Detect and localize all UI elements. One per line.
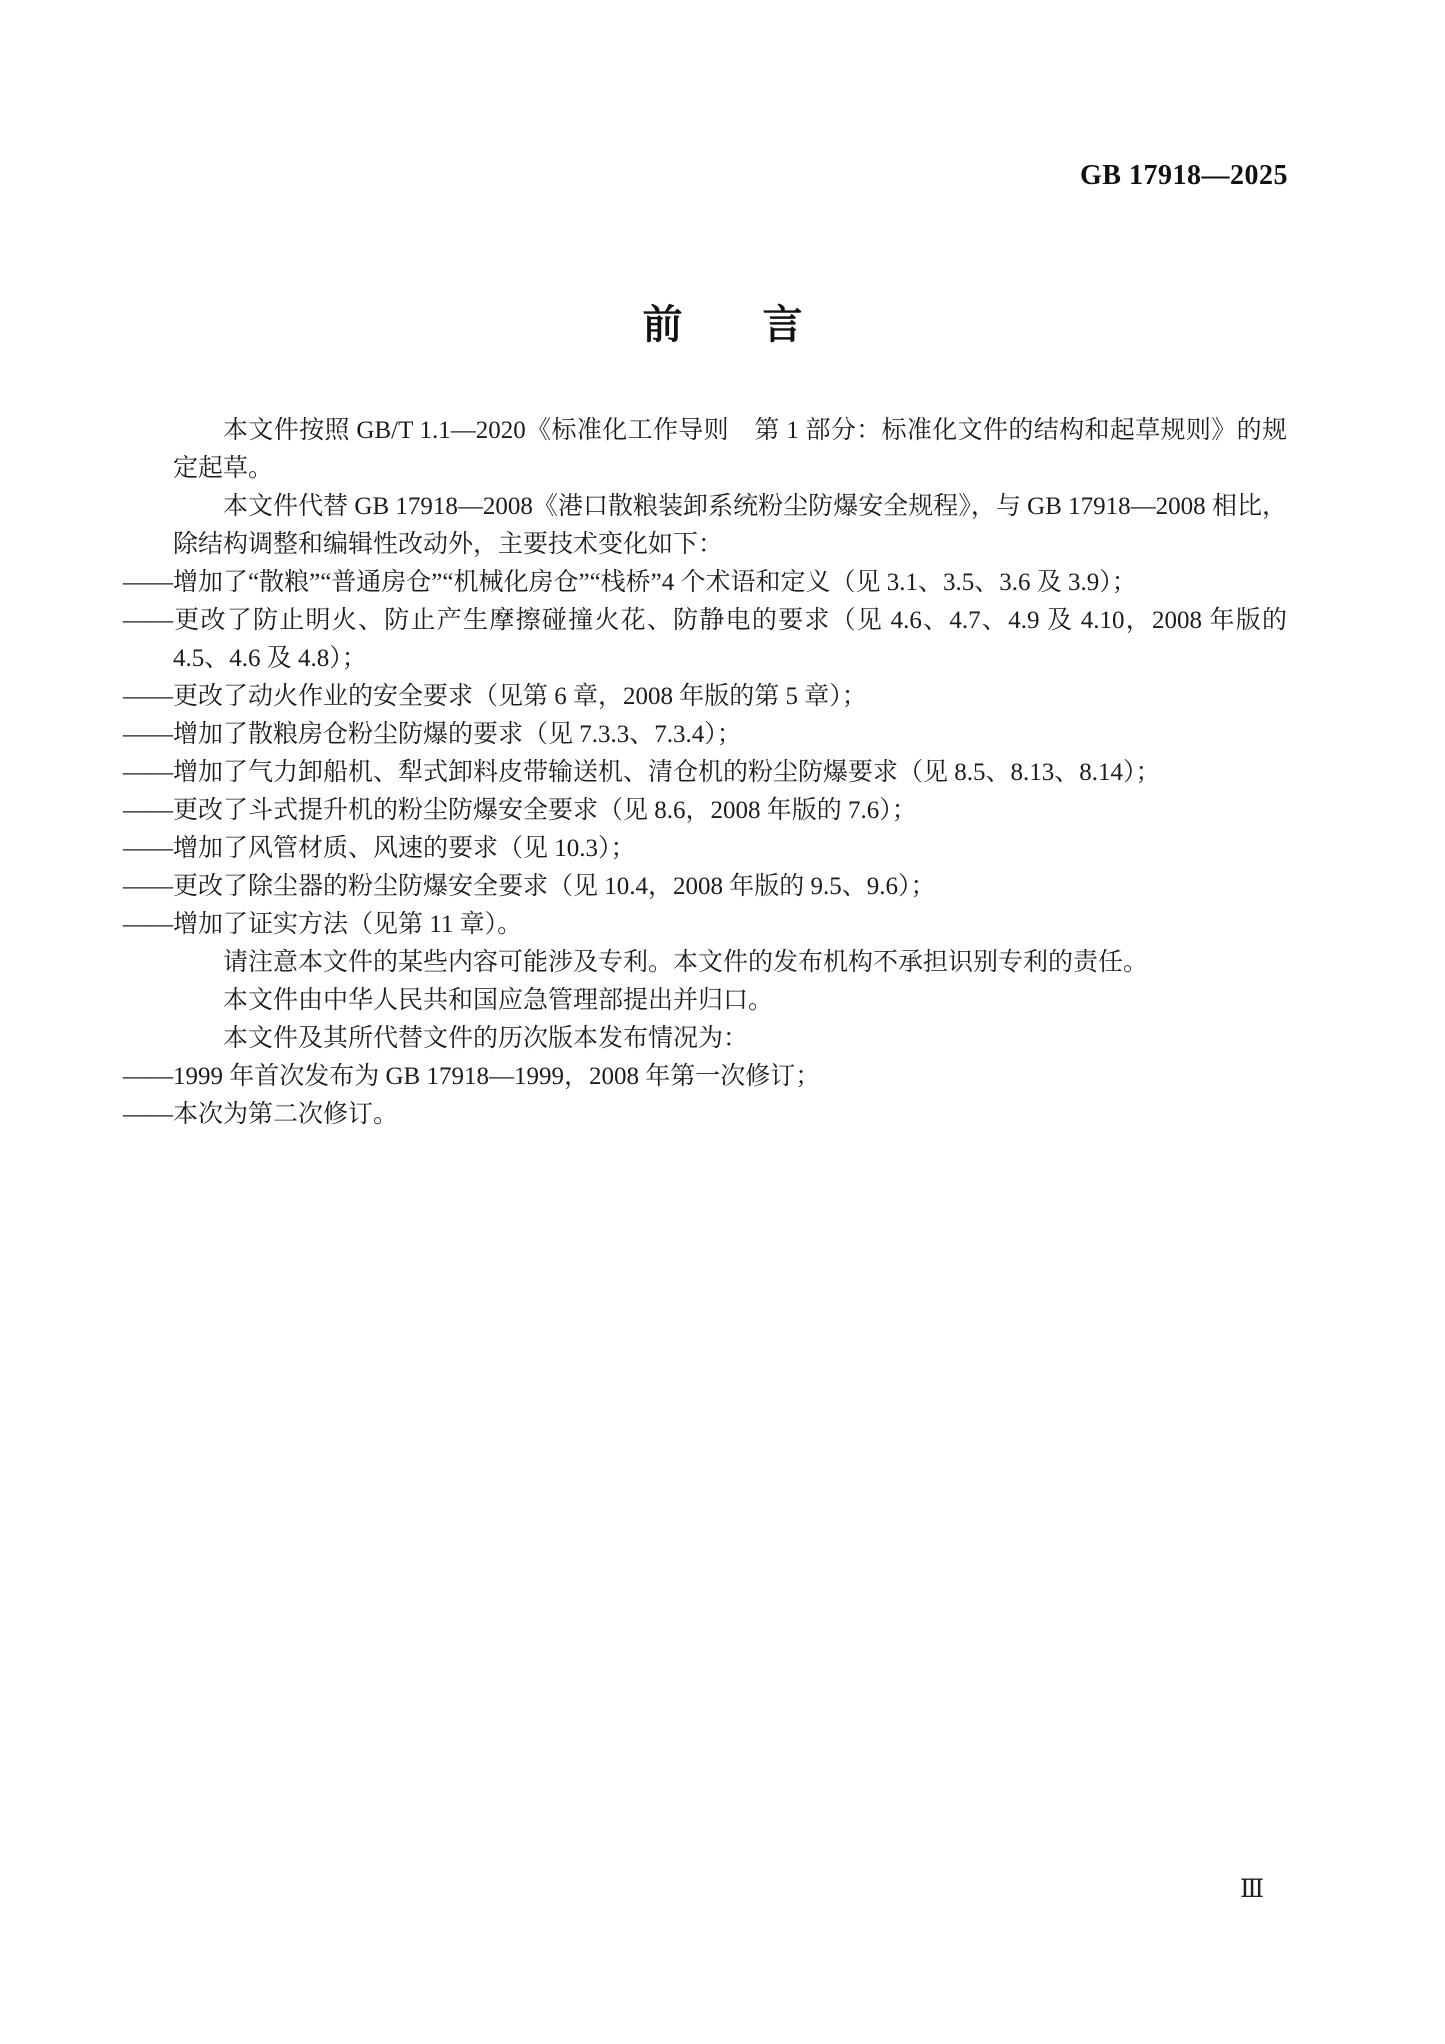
revision-list-item: ——增加了散粮房仓粉尘防爆的要求（见 7.3.3、7.3.4）；: [173, 716, 1287, 754]
page-number: Ⅲ: [1240, 1874, 1264, 1904]
standard-code: GB 17918—2025: [1080, 160, 1288, 192]
paragraph: 本文件由中华人民共和国应急管理部提出并归口。: [173, 982, 1287, 1020]
revision-list-item: ——本次为第二次修订。: [173, 1096, 1287, 1134]
paragraph: 本文件及其所代替文件的历次版本发布情况为：: [173, 1020, 1287, 1058]
document-body: 本文件按照 GB/T 1.1—2020《标准化工作导则 第 1 部分：标准化文件…: [173, 412, 1287, 1134]
revision-list-item: ——更改了防止明火、防止产生摩擦碰撞火花、防静电的要求（见 4.6、4.7、4.…: [173, 602, 1287, 678]
paragraph: 请注意本文件的某些内容可能涉及专利。本文件的发布机构不承担识别专利的责任。: [173, 944, 1287, 982]
paragraph: 本文件按照 GB/T 1.1—2020《标准化工作导则 第 1 部分：标准化文件…: [173, 412, 1287, 488]
revision-list-item: ——更改了斗式提升机的粉尘防爆安全要求（见 8.6，2008 年版的 7.6）；: [173, 792, 1287, 830]
revision-list-item: ——1999 年首次发布为 GB 17918—1999，2008 年第一次修订；: [173, 1058, 1287, 1096]
revision-list-item: ——增加了气力卸船机、犁式卸料皮带输送机、清仓机的粉尘防爆要求（见 8.5、8.…: [173, 754, 1287, 792]
revision-list-item: ——更改了动火作业的安全要求（见第 6 章，2008 年版的第 5 章）；: [173, 678, 1287, 716]
paragraph: 本文件代替 GB 17918—2008《港口散粮装卸系统粉尘防爆安全规程》，与 …: [173, 488, 1287, 564]
revision-list-item: ——更改了除尘器的粉尘防爆安全要求（见 10.4，2008 年版的 9.5、9.…: [173, 868, 1287, 906]
revision-list-item: ——增加了证实方法（见第 11 章）。: [173, 906, 1287, 944]
revision-list-item: ——增加了风管材质、风速的要求（见 10.3）；: [173, 830, 1287, 868]
page-title: 前 言: [0, 293, 1445, 350]
revision-list-item: ——增加了“散粮”“普通房仓”“机械化房仓”“栈桥”4 个术语和定义（见 3.1…: [173, 564, 1287, 602]
document-page: GB 17918—2025 前 言 本文件按照 GB/T 1.1—2020《标准…: [0, 0, 1445, 2044]
